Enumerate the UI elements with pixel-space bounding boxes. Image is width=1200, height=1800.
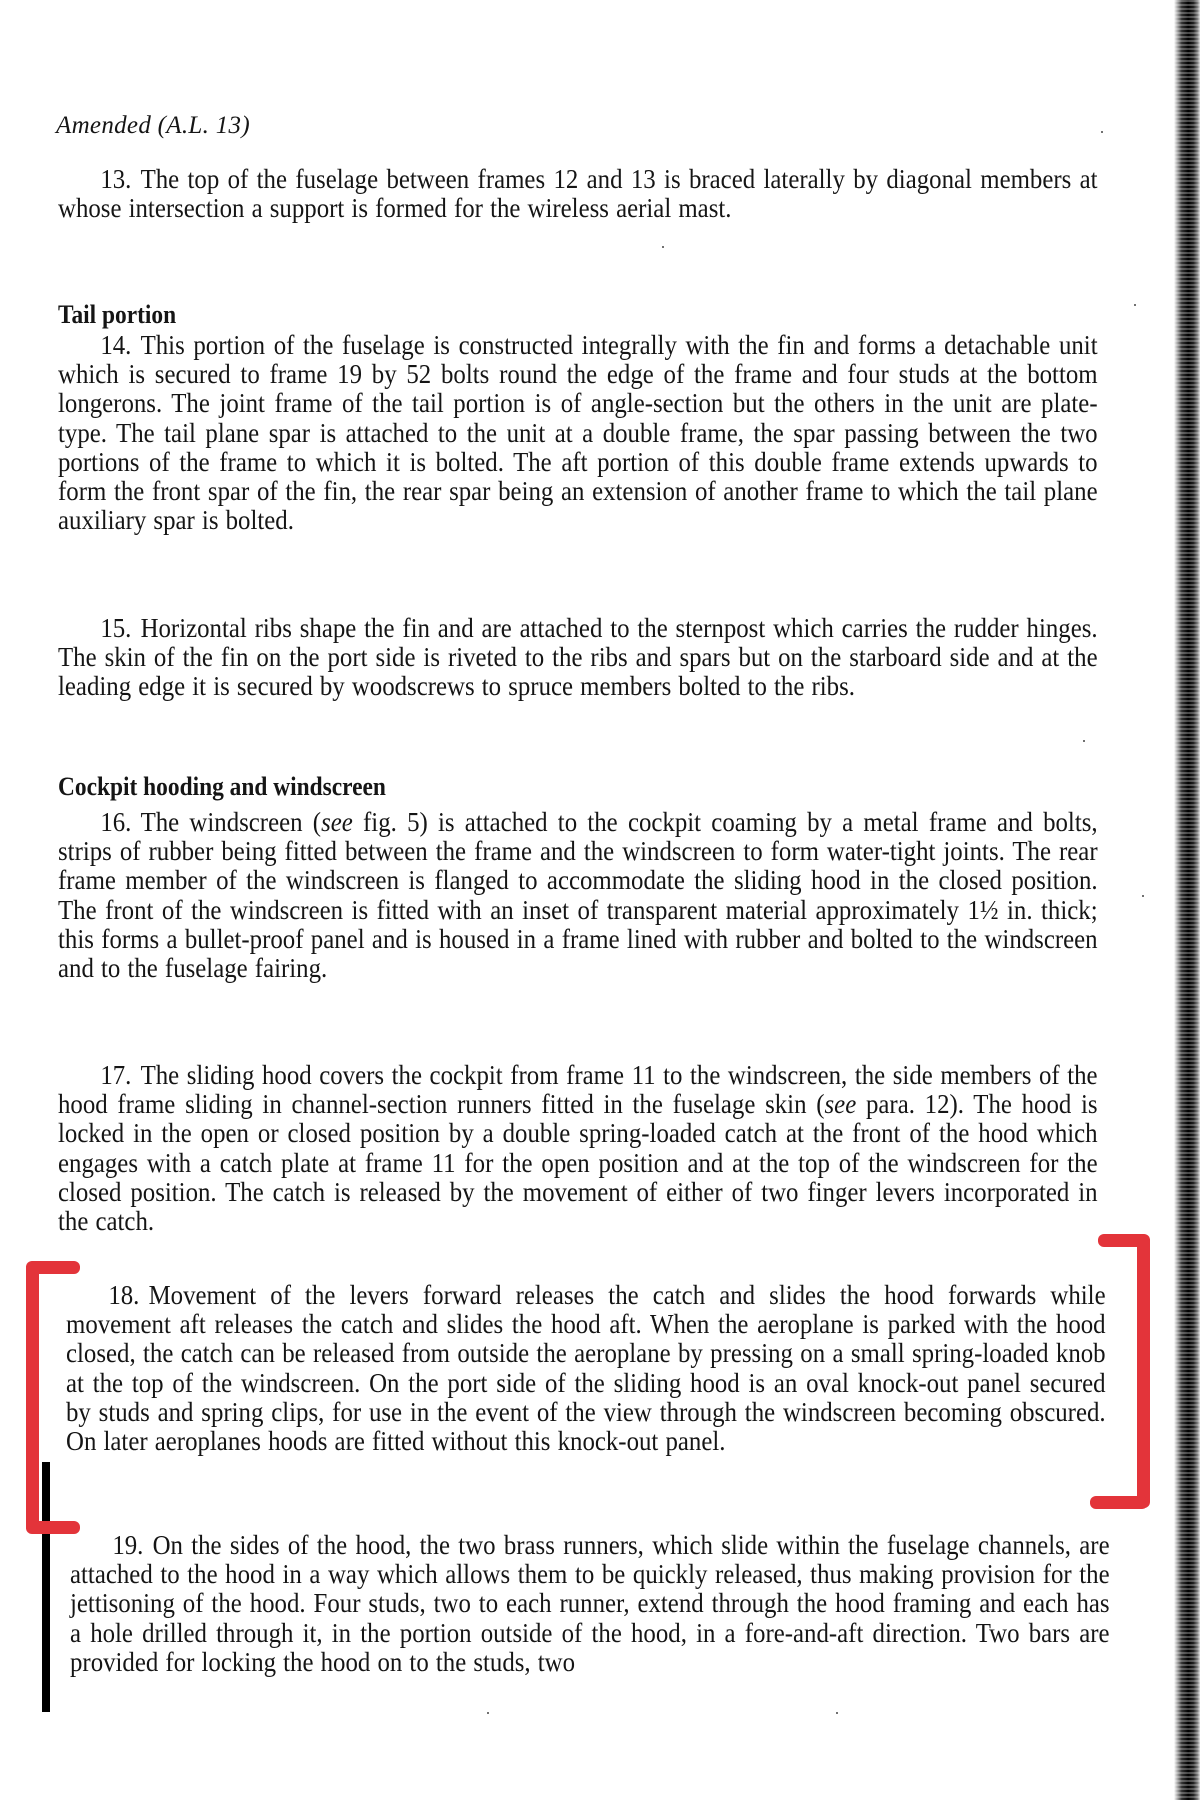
italic-reference: see [321, 807, 353, 837]
paragraph-14: 14.This portion of the fuselage is const… [58, 331, 1098, 535]
paragraph-text: On the sides of the hood, the two brass … [70, 1530, 1110, 1677]
scan-speck [1101, 131, 1103, 133]
page-edge-shadow [1174, 0, 1200, 1800]
paragraph-15: 15.Horizontal ribs shape the fin and are… [58, 614, 1098, 702]
scan-speck [1134, 304, 1136, 306]
paragraph-13: 13.The top of the fuselage between frame… [58, 165, 1098, 223]
paragraph-text: Horizontal ribs shape the fin and are at… [58, 613, 1098, 701]
scanned-document-page: Amended (A.L. 13) 13.The top of the fuse… [0, 0, 1200, 1800]
paragraph-16: 16.The windscreen (see fig. 5) is attach… [58, 808, 1098, 983]
paragraph-number: 19. [112, 1531, 143, 1560]
paragraph-number: 17. [100, 1061, 131, 1090]
paragraph-text-part: The windscreen ( [141, 807, 321, 837]
amendment-note: Amended (A.L. 13) [56, 112, 250, 140]
paragraph-number: 18. [108, 1281, 139, 1310]
paragraph-text: Movement of the levers forward releases … [66, 1280, 1106, 1456]
paragraph-number: 13. [100, 165, 131, 194]
margin-change-bar [42, 1462, 50, 1712]
section-heading-tail-portion: Tail portion [58, 300, 176, 330]
scan-speck [836, 1712, 838, 1714]
paragraph-number: 14. [100, 331, 131, 360]
paragraph-text: This portion of the fuselage is construc… [58, 330, 1098, 535]
scan-speck [1083, 740, 1085, 742]
scan-speck [1142, 895, 1144, 897]
paragraph-number: 16. [100, 808, 131, 837]
paragraph-text: The top of the fuselage between frames 1… [58, 164, 1098, 223]
section-heading-cockpit-hooding: Cockpit hooding and windscreen [58, 772, 386, 802]
italic-reference: see [825, 1089, 857, 1119]
paragraph-number: 15. [100, 614, 131, 643]
scan-speck [487, 1712, 489, 1714]
paragraph-18-highlighted: 18.Movement of the levers forward releas… [66, 1281, 1106, 1456]
paragraph-19: 19.On the sides of the hood, the two bra… [70, 1531, 1110, 1677]
scan-speck [662, 246, 664, 248]
paragraph-17: 17.The sliding hood covers the cockpit f… [58, 1061, 1098, 1236]
